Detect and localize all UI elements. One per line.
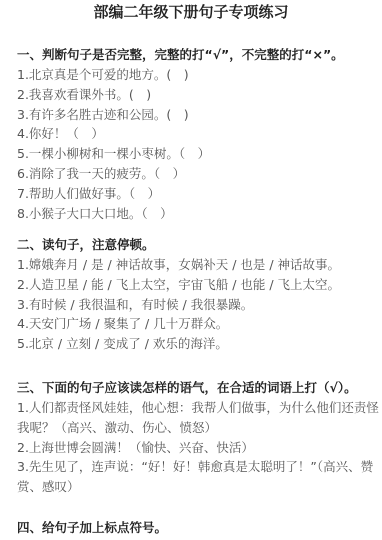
list-item: 赏、感叹） <box>17 477 377 497</box>
list-item: 4.你好！（ ） <box>17 124 377 144</box>
list-item: 1.嫦娥奔月 / 是 / 神话故事，女娲补天 / 也是 / 神话故事。 <box>17 255 377 275</box>
list-item: 7.帮助人们做好事。（ ） <box>17 184 377 204</box>
section-heading: 四、给句子加上标点符号。 <box>17 518 377 538</box>
list-item: 2.我喜欢看课外书。( ) <box>17 85 377 105</box>
list-item: 3.有许多名胜古迹和公园。( ) <box>17 105 377 125</box>
list-item: 3.先生见了，连声说：“好！好！韩愈真是太聪明了！”（高兴、赞 <box>17 457 377 477</box>
section-heading: 一、判断句子是否完整，完整的打“√”，不完整的打“×”。 <box>17 45 377 65</box>
worksheet-page: 部编二年级下册句子专项练习 一、判断句子是否完整，完整的打“√”，不完整的打“×… <box>0 0 382 540</box>
list-item: 2.人造卫星 / 能 / 飞上太空，宇宙飞船 / 也能 / 飞上太空。 <box>17 275 377 295</box>
section-heading: 二、读句子，注意停顿。 <box>17 235 377 255</box>
section-3: 三、下面的句子应该读怎样的语气，在合适的词语上打（√）。 1.人们都责怪风娃娃，… <box>17 378 377 497</box>
section-2: 二、读句子，注意停顿。 1.嫦娥奔月 / 是 / 神话故事，女娲补天 / 也是 … <box>17 235 377 354</box>
section-4: 四、给句子加上标点符号。 <box>17 518 377 538</box>
list-item: 我呢？（高兴、激动、伤心、愤怒） <box>17 418 377 438</box>
section-1: 一、判断句子是否完整，完整的打“√”，不完整的打“×”。 1.北京真是个可爱的地… <box>17 45 377 223</box>
list-item: 3.有时候 / 我很温和，有时候 / 我很暴躁。 <box>17 295 377 315</box>
list-item: 5.一棵小柳树和一棵小枣树。（ ） <box>17 144 377 164</box>
list-item: 1.北京真是个可爱的地方。( ) <box>17 65 377 85</box>
section-heading: 三、下面的句子应该读怎样的语气，在合适的词语上打（√）。 <box>17 378 377 398</box>
list-item: 4.天安门广场 / 聚集了 / 几十万群众。 <box>17 314 377 334</box>
list-item: 6.消除了我一天的疲劳。（ ） <box>17 164 377 184</box>
page-title: 部编二年级下册句子专项练习 <box>0 2 382 22</box>
list-item: 2.上海世博会圆满！（愉快、兴奋、快活） <box>17 438 377 458</box>
list-item: 8.小猴子大口大口地。（ ） <box>17 204 377 224</box>
list-item: 1.人们都责怪风娃娃，他心想：我帮人们做事，为什么他们还责怪 <box>17 398 377 418</box>
list-item: 5.北京 / 立刻 / 变成了 / 欢乐的海洋。 <box>17 334 377 354</box>
